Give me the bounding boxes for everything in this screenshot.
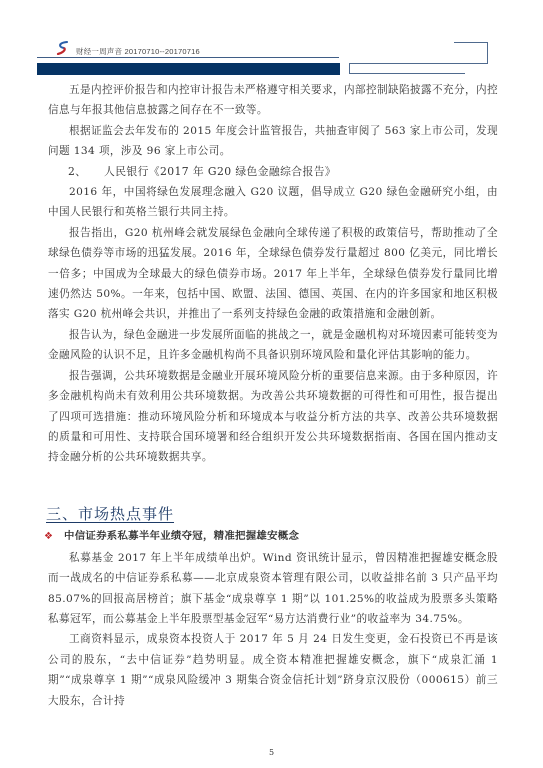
paragraph: 工商资料显示，成泉资本投资人于 2017 年 5 月 24 日发生变更，金石投资… (48, 629, 498, 711)
paragraph: 报告认为，绿色金融进一步发展所面临的挑战之一，就是金融机构对环境因素可能转变为金… (48, 325, 498, 366)
subheading: 2、人民银行《2017 年 G20 绿色金融综合报告》 (48, 162, 498, 182)
subheading-title: 人民银行《2017 年 G20 绿色金融综合报告》 (104, 165, 336, 178)
paragraph: 2016 年，中国将绿色发展理念融入 G20 议题，倡导成立 G20 绿色金融研… (48, 182, 498, 223)
bullet-heading: ❖中信证券系私募半年业绩夺冠，精准把握雄安概念 (44, 525, 498, 548)
s-swoosh-logo-icon (56, 41, 70, 55)
header-decoration-box (349, 64, 465, 74)
paragraph: 报告强调，公共环境数据是金融业开展环境风险分析的重要信息来源。由于多种原因，许多… (48, 366, 498, 468)
bullet-heading-text: 中信证券系私募半年业绩夺冠，精准把握雄安概念 (64, 530, 299, 542)
header-title: 财经一周声音 20170710--20170716 (76, 46, 200, 57)
section-heading: 三、市场热点事件 (46, 503, 498, 525)
header-decoration-bracket (454, 42, 488, 64)
page-header: 财经一周声音 20170710--20170716 (0, 0, 543, 80)
header-bar (37, 63, 340, 75)
subheading-number: 2、 (68, 162, 104, 182)
diamond-bullet-icon: ❖ (44, 526, 64, 548)
paragraph: 根据证监会去年发布的 2015 年度会计监管报告，共抽查审阅了 563 家上市公… (48, 121, 498, 162)
paragraph: 五是内控评价报告和内控审计报告未严格遵守相关要求，内部控制缺陷披露不充分，内控信… (48, 80, 498, 121)
header-rule (37, 57, 339, 58)
paragraph: 报告指出，G20 杭州峰会就发展绿色金融向全球传递了积极的政策信号，帮助推动了全… (48, 223, 498, 325)
document-body: 五是内控评价报告和内控审计报告未严格遵守相关要求，内部控制缺陷披露不充分，内控信… (48, 80, 498, 711)
page-number: 5 (0, 748, 543, 757)
paragraph: 私募基金 2017 年上半年成绩单出炉。Wind 资讯统计显示，曾因精准把握雄安… (48, 548, 498, 630)
